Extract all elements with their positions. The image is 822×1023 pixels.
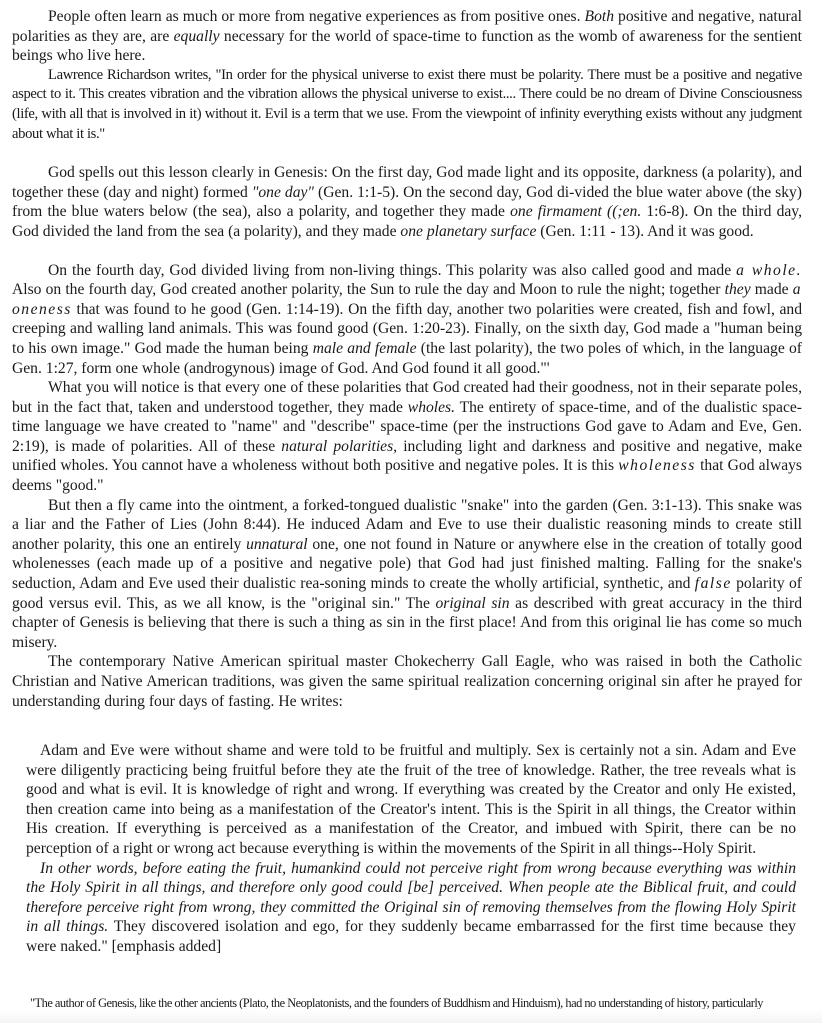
paragraph-polarities-intro: People often learn as much or more from … [12,7,802,66]
document-page: People often learn as much or more from … [0,0,822,1023]
paragraph-richardson-quote: Lawrence Richardson writes, "In order fo… [12,66,802,144]
emphasis: male and female [313,340,417,357]
emphasis: false [695,575,732,592]
emphasis: original sin [435,595,509,612]
paragraph-chokecherry-intro: The contemporary Native American spiritu… [12,652,802,711]
block-quote-paragraph-2: In other words, before eating the fruit,… [26,859,796,957]
paragraph-spacer [12,242,802,261]
emphasis: wholes. [408,399,455,416]
page-edge-shadow [0,1009,822,1023]
emphasis: a whole. [736,262,802,279]
paragraph-wholes: What you will notice is that every one o… [12,378,802,496]
text-run: Also on the fourth day, God created anot… [12,281,725,298]
text-run: People often learn as much or more from … [48,8,585,25]
text-run: They discovered isolation and ego, for t… [26,918,796,955]
emphasis: one firmament ((;en. [510,203,641,220]
text-run: On the fourth day, God divided living fr… [48,262,736,279]
emphasis: equally [174,28,220,45]
emphasis: natural polarities, [281,438,397,455]
text-run: made [751,281,793,298]
paragraph-snake-original-sin: But then a fly came into the ointment, a… [12,496,802,653]
paragraph-spacer [12,144,802,163]
emphasis: one planetary surface [400,223,536,240]
paragraph-genesis-days-1-3: God spells out this lesson clearly in Ge… [12,163,802,241]
emphasis: "one day" [252,184,314,201]
emphasis: they [725,281,751,298]
block-quote: Adam and Eve were without shame and were… [26,741,796,957]
block-quote-paragraph-1: Adam and Eve were without shame and were… [26,741,796,859]
emphasis: unnatural [246,536,308,553]
emphasis: wholeness [618,457,696,474]
main-body-text: People often learn as much or more from … [12,7,802,711]
emphasis: Both [585,8,614,25]
paragraph-genesis-days-4-6: On the fourth day, God divided living fr… [12,261,802,379]
text-run: (Gen. 1:11 - 13). And it was good. [536,223,753,240]
